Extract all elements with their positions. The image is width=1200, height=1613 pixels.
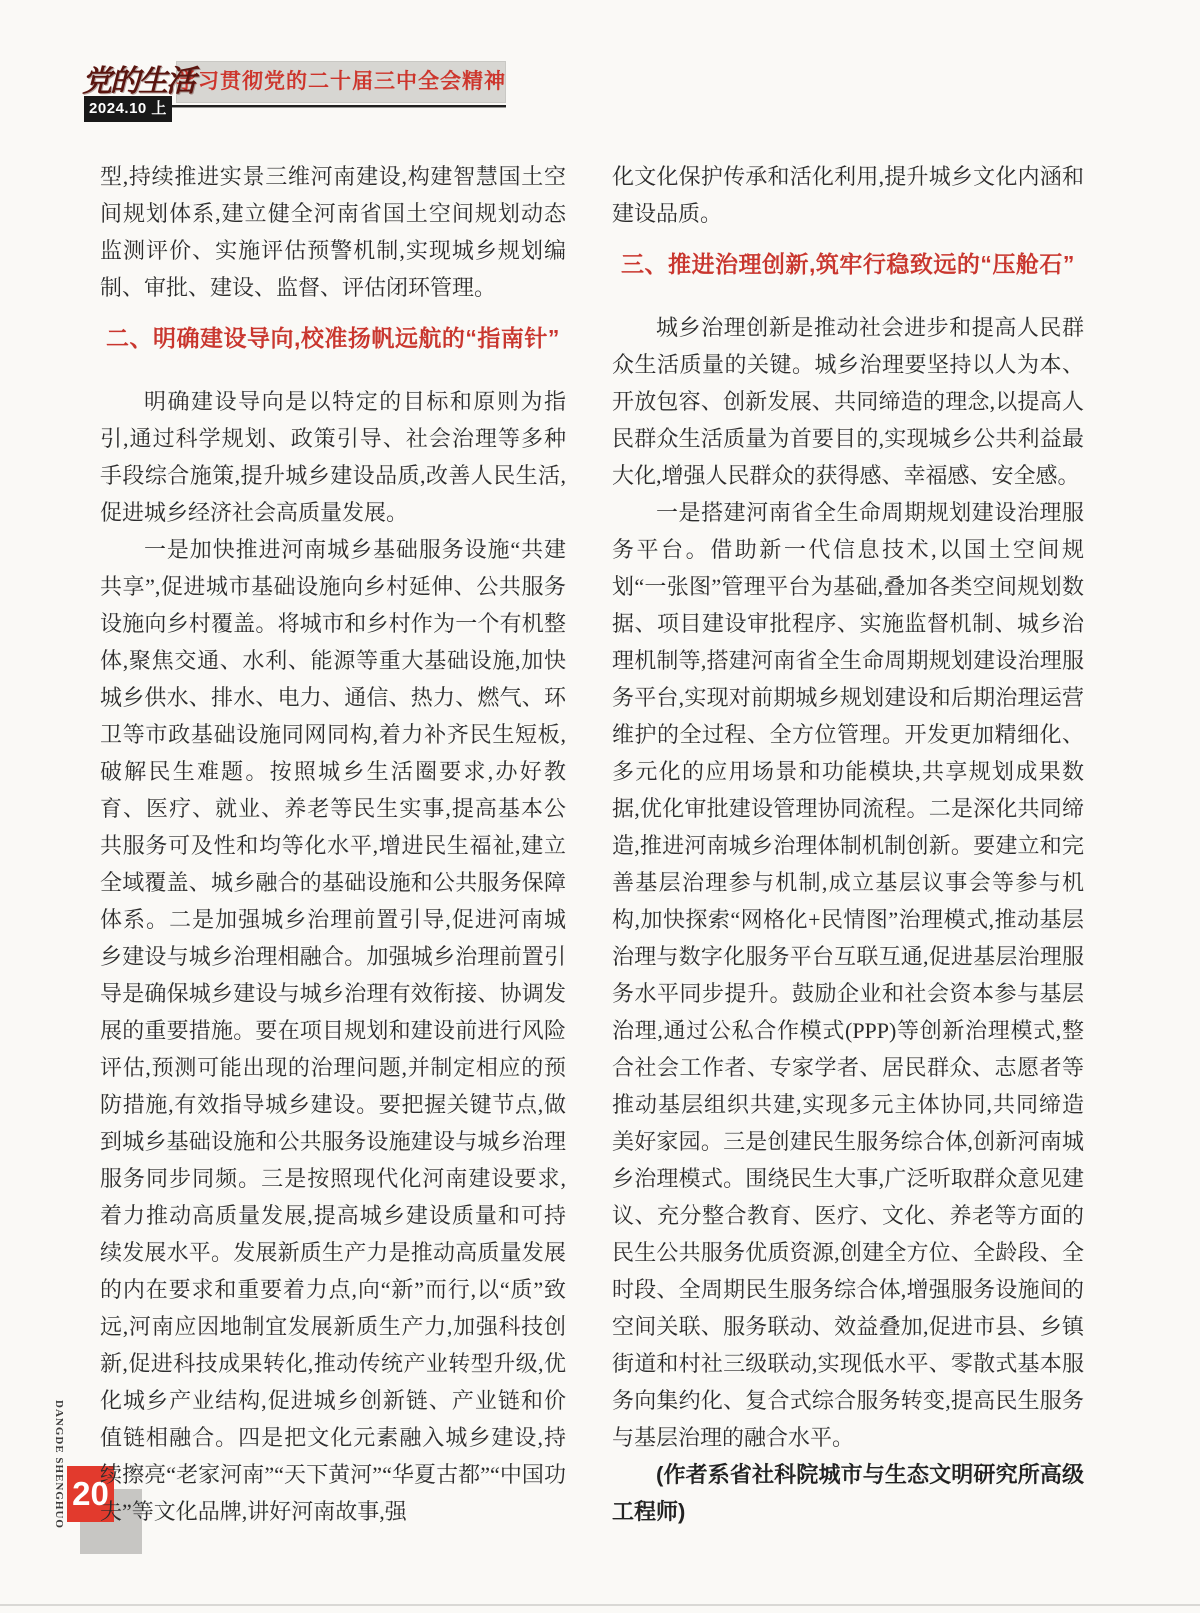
paragraph-continuation: 型,持续推进实景三维河南建设,构建智慧国土空间规划体系,建立健全河南省国土空间规… xyxy=(100,158,566,306)
magazine-page: { "header": { "logo_text": "党的生活", "issu… xyxy=(0,0,1200,1613)
journal-logo: 党的生活 xyxy=(82,56,194,100)
paragraph-continuation: 化文化保护传承和活化利用,提升城乡文化内涵和建设品质。 xyxy=(612,158,1084,232)
paragraph: 一是加快推进河南城乡基础服务设施“共建共享”,促进城市基础设施向乡村延伸、公共服… xyxy=(100,531,566,1530)
paragraph: 明确建设导向是以特定的目标和原则为指引,通过科学规划、政策引导、社会治理等多种手… xyxy=(100,383,566,531)
issue-date-badge: 2024.10 上 xyxy=(84,96,172,122)
section-heading-2: 二、明确建设导向,校准扬帆远航的“指南针” xyxy=(100,320,566,357)
paragraph: 一是搭建河南省全生命周期规划建设治理服务平台。借助新一代信息技术,以国土空间规划… xyxy=(612,494,1084,1456)
paragraph: 城乡治理创新是推动社会进步和提高人民群众生活质量的关键。城乡治理要坚持以人为本、… xyxy=(612,309,1084,494)
theme-banner: 学习贯彻党的二十届三中全会精神 xyxy=(176,61,506,103)
left-column: 型,持续推进实景三维河南建设,构建智慧国土空间规划体系,建立健全河南省国土空间规… xyxy=(100,158,566,1530)
bottom-rule xyxy=(0,1604,1200,1606)
journal-name-vertical: DANGDE SHENGHUO xyxy=(53,1400,65,1500)
author-note: (作者系省社科院城市与生态文明研究所高级工程师) xyxy=(612,1456,1084,1530)
right-column: 化文化保护传承和活化利用,提升城乡文化内涵和建设品质。 三、推进治理创新,筑牢行… xyxy=(612,158,1084,1530)
section-heading-3: 三、推进治理创新,筑牢行稳致远的“压舱石” xyxy=(612,246,1084,283)
